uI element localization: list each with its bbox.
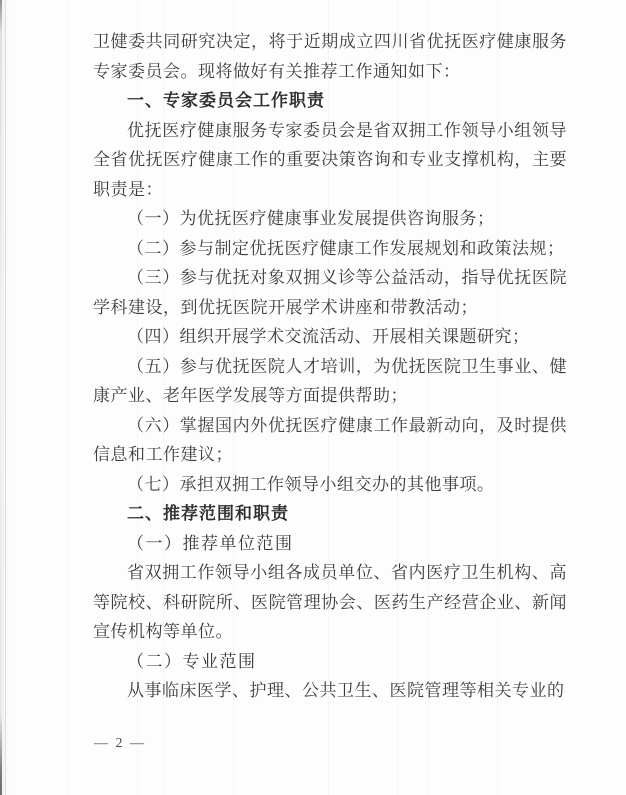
list-item-5: （五）参与优抚医院人才培训，为优抚医院卫生事业、健康产业、老年医学发展等方面提供… — [93, 352, 567, 411]
scan-page-edge-dark — [0, 0, 2, 795]
paragraph: 省双拥工作领导小组各成员单位、省内医疗卫生机构、高等院校、科研院所、医院管理协会… — [93, 558, 567, 647]
paragraph-continuation: 卫健委共同研究决定，将于近期成立四川省优抚医疗健康服务专家委员会。现将做好有关推… — [93, 27, 567, 86]
sub-section-heading-2: （二）专业范围 — [93, 647, 567, 677]
scan-artifact-line — [68, 0, 69, 795]
sub-section-heading-1: （一）推荐单位范围 — [93, 529, 567, 559]
page-number: — 2 — — [94, 736, 146, 752]
section-heading-2: 二、推荐范围和职责 — [93, 499, 567, 529]
scanned-document-page: { "document": { "paragraphs": [ { "type"… — [0, 0, 626, 795]
list-item-6: （六）掌握国内外优抚医疗健康工作最新动向，及时提供信息和工作建议； — [93, 411, 567, 470]
scan-edge-line — [5, 0, 6, 795]
list-item-2: （二）参与制定优抚医疗健康工作发展规划和政策法规； — [93, 234, 567, 264]
list-item-4: （四）组织开展学术交流活动、开展相关课题研究； — [93, 322, 567, 352]
paragraph: 从事临床医学、护理、公共卫生、医院管理等相关专业的 — [93, 676, 567, 706]
paragraph: 优抚医疗健康服务专家委员会是省双拥工作领导小组领导全省优抚医疗健康工作的重要决策… — [93, 116, 567, 205]
section-heading-1: 一、专家委员会工作职责 — [93, 86, 567, 116]
document-body: 卫健委共同研究决定，将于近期成立四川省优抚医疗健康服务专家委员会。现将做好有关推… — [93, 27, 567, 706]
list-item-7: （七）承担双拥工作领导小组交办的其他事项。 — [93, 470, 567, 500]
list-item-3: （三）参与优抚对象双拥义诊等公益活动，指导优抚医院学科建设，到优抚医院开展学术讲… — [93, 263, 567, 322]
list-item-1: （一）为优抚医疗健康事业发展提供咨询服务； — [93, 204, 567, 234]
